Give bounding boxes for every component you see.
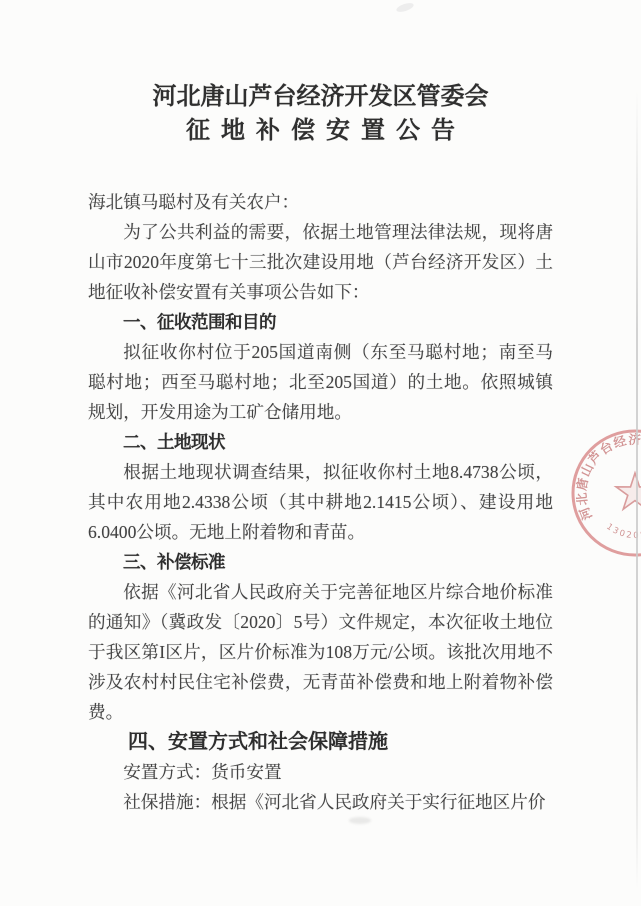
section-paragraph: 拟征收你村位于205国道南侧（东至马聪村地；南至马聪村地；西至马聪村地；北至20… — [88, 337, 553, 427]
section-heading-2: 二、土地现状 — [88, 427, 553, 457]
section-heading-1: 一、征收范围和目的 — [88, 307, 553, 337]
section-paragraph: 根据土地现状调查结果，拟征收你村土地8.4738公顷，其中农用地2.4338公顷… — [88, 457, 553, 547]
document-title-line-2: 征地补偿安置公告 — [88, 116, 564, 146]
section-paragraph: 安置方式：货币安置 — [88, 757, 553, 787]
scan-smudge-bottom — [349, 817, 371, 824]
document-content: 河北唐山芦台经济开发区管委会 征地补偿安置公告 海北镇马聪村及有关农户： 为了公… — [88, 82, 553, 817]
section-paragraph: 依据《河北省人民政府关于完善征地区片综合地价标准的通知》（冀政发〔2020〕5号… — [88, 577, 553, 727]
scan-smudge-top — [395, 1, 414, 13]
salutation-line: 海北镇马聪村及有关农户： — [88, 187, 553, 217]
document-title-line-1: 河北唐山芦台经济开发区管委会 — [88, 82, 553, 112]
section-heading-4: 四、安置方式和社会保障措施 — [88, 727, 553, 757]
section-paragraph: 社保措施：根据《河北省人民政府关于实行征地区片价 — [88, 787, 553, 817]
page-edge-line — [636, 90, 638, 890]
sections-container: 一、征收范围和目的拟征收你村位于205国道南侧（东至马聪村地；南至马聪村地；西至… — [88, 307, 553, 817]
document-page: 河北唐山芦台经济开发区管委会 征地补偿安置公告 海北镇马聪村及有关农户： 为了公… — [0, 0, 641, 906]
official-seal: 河北唐山芦台经济开发区管理委员会 130208 — [553, 411, 641, 586]
section-heading-3: 三、补偿标准 — [88, 547, 553, 577]
intro-paragraph: 为了公共利益的需要，依据土地管理法律法规，现将唐山市2020年度第七十三批次建设… — [88, 217, 553, 307]
